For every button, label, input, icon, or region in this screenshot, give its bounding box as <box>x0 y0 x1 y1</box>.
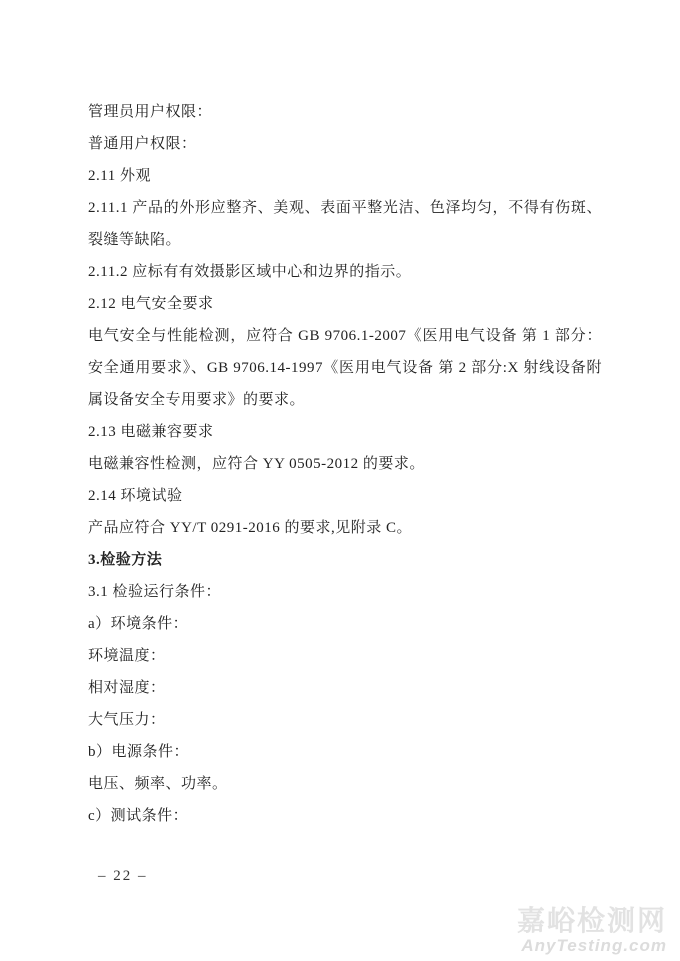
paragraph-item-c-test-conditions: c）测试条件： <box>88 800 602 832</box>
paragraph-atmospheric-pressure: 大气压力： <box>88 704 602 736</box>
paragraph-3-1-run-conditions: 3.1 检验运行条件： <box>88 576 602 608</box>
document-body: 管理员用户权限： 普通用户权限： 2.11 外观 2.11.1 产品的外形应整齐… <box>88 0 602 832</box>
paragraph-admin-user-rights: 管理员用户权限： <box>88 96 602 128</box>
paragraph-emc-test: 电磁兼容性检测，应符合 YY 0505-2012 的要求。 <box>88 448 602 480</box>
paragraph-item-a-environment: a）环境条件： <box>88 608 602 640</box>
paragraph-ambient-temperature: 环境温度： <box>88 640 602 672</box>
paragraph-normal-user-rights: 普通用户权限： <box>88 128 602 160</box>
heading-2-13-emc: 2.13 电磁兼容要求 <box>88 416 602 448</box>
document-page: 管理员用户权限： 普通用户权限： 2.11 外观 2.11.1 产品的外形应整齐… <box>0 0 680 961</box>
paragraph-2-11-1: 2.11.1 产品的外形应整齐、美观、表面平整光洁、色泽均匀，不得有伤斑、裂缝等… <box>88 192 602 256</box>
heading-2-11-appearance: 2.11 外观 <box>88 160 602 192</box>
heading-3-inspection-methods: 3.检验方法 <box>88 544 602 576</box>
paragraph-item-b-power: b）电源条件： <box>88 736 602 768</box>
heading-2-14-environment-test: 2.14 环境试验 <box>88 480 602 512</box>
paragraph-relative-humidity: 相对湿度： <box>88 672 602 704</box>
watermark-site-domain: AnyTesting.com <box>517 936 667 955</box>
page-number: – 22 – <box>98 860 148 892</box>
watermark-site-name: 嘉峪检测网 <box>517 906 667 936</box>
paragraph-voltage-frequency-power: 电压、频率、功率。 <box>88 768 602 800</box>
paragraph-2-11-2: 2.11.2 应标有有效摄影区域中心和边界的指示。 <box>88 256 602 288</box>
paragraph-electrical-safety: 电气安全与性能检测，应符合 GB 9706.1-2007《医用电气设备 第 1 … <box>88 320 602 416</box>
paragraph-environment-test: 产品应符合 YY/T 0291-2016 的要求,见附录 C。 <box>88 512 602 544</box>
heading-2-12-electrical-safety: 2.12 电气安全要求 <box>88 288 602 320</box>
watermark: 嘉峪检测网 AnyTesting.com <box>517 906 667 955</box>
